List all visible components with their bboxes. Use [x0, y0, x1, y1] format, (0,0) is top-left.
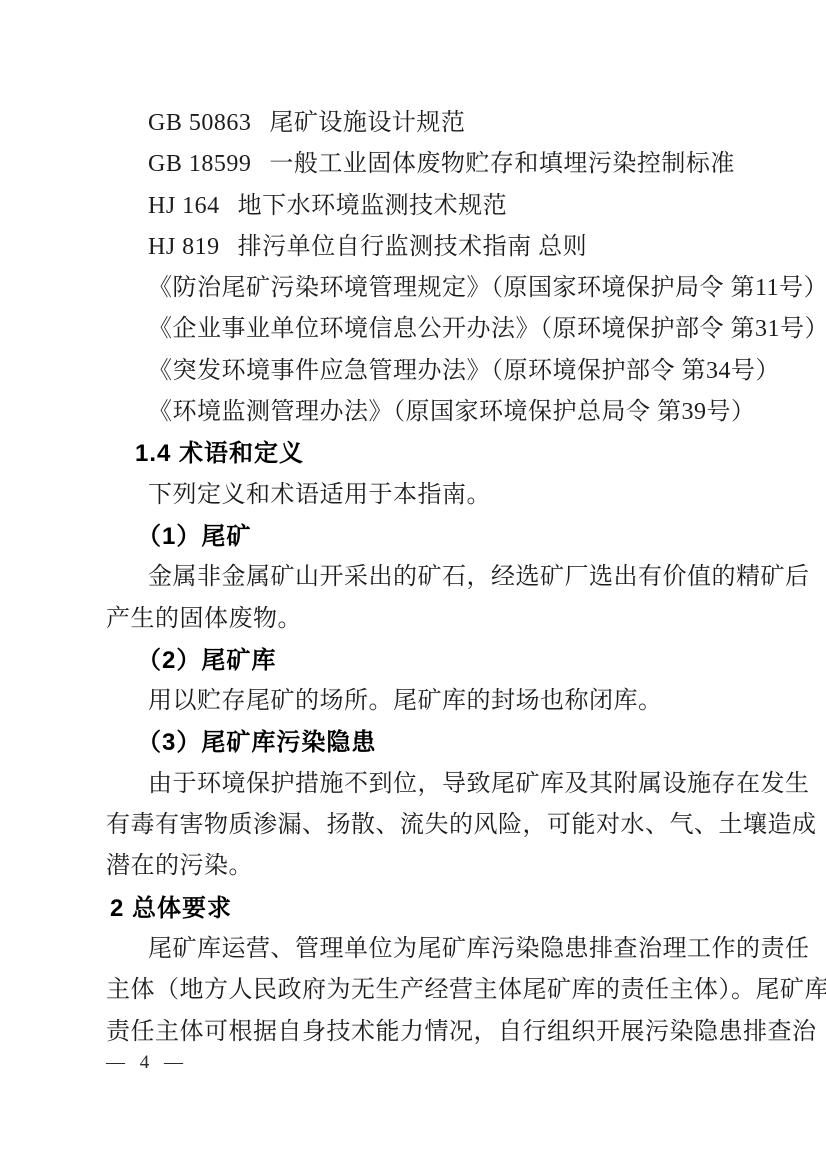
- standard-code: GB 18599: [148, 144, 251, 185]
- standard-code: HJ 164: [148, 186, 220, 227]
- terms-intro-line: 下列定义和术语适用于本指南。: [106, 475, 748, 516]
- reference-regulation-line: 《突发环境事件应急管理办法》（原环境保护部令 第34号）: [106, 351, 748, 392]
- term-heading: （3）尾矿库污染隐患: [106, 722, 748, 763]
- reference-standard-line: GB 50863尾矿设施设计规范: [106, 103, 748, 144]
- body-line: 尾矿库运营、管理单位为尾矿库污染隐患排查治理工作的责任: [106, 929, 748, 970]
- term-definition-line: 产生的固体废物。: [106, 599, 748, 640]
- reference-standard-line: GB 18599一般工业固体废物贮存和填埋污染控制标准: [106, 144, 748, 185]
- page-number: — 4 —: [106, 1052, 183, 1074]
- term-definition-line: 金属非金属矿山开采出的矿石，经选矿厂选出有价值的精矿后: [106, 557, 748, 598]
- standard-title: 排污单位自行监测技术指南 总则: [238, 227, 588, 268]
- section-heading-terms: 1.4 术语和定义: [106, 433, 748, 474]
- term-definition-line: 由于环境保护措施不到位，导致尾矿库及其附属设施存在发生: [106, 764, 748, 805]
- term-definition-line: 用以贮存尾矿的场所。尾矿库的封场也称闭库。: [106, 681, 748, 722]
- term-heading: （1）尾矿: [106, 516, 748, 557]
- reference-standard-line: HJ 164地下水环境监测技术规范: [106, 186, 748, 227]
- term-definition-line: 潜在的污染。: [106, 846, 748, 887]
- standard-title: 地下水环境监测技术规范: [238, 186, 508, 227]
- document-page: GB 50863尾矿设施设计规范 GB 18599一般工业固体废物贮存和填埋污染…: [0, 0, 826, 1169]
- reference-regulation-line: 《防治尾矿污染环境管理规定》（原国家环境保护局令 第11号）: [106, 268, 748, 309]
- term-definition-line: 有毒有害物质渗漏、扬散、流失的风险，可能对水、气、土壤造成: [106, 805, 748, 846]
- standard-code: GB 50863: [148, 103, 251, 144]
- standard-code: HJ 819: [148, 227, 220, 268]
- standard-title: 一般工业固体废物贮存和填埋污染控制标准: [269, 144, 735, 185]
- body-line: 主体（地方人民政府为无生产经营主体尾矿库的责任主体）。尾矿库: [106, 970, 748, 1011]
- document-content: GB 50863尾矿设施设计规范 GB 18599一般工业固体废物贮存和填埋污染…: [0, 0, 826, 1053]
- body-line: 责任主体可根据自身技术能力情况，自行组织开展污染隐患排查治: [106, 1012, 748, 1053]
- reference-standard-line: HJ 819排污单位自行监测技术指南 总则: [106, 227, 748, 268]
- term-heading: （2）尾矿库: [106, 640, 748, 681]
- section-heading-general: 2 总体要求: [106, 888, 748, 929]
- standard-title: 尾矿设施设计规范: [269, 103, 465, 144]
- reference-regulation-line: 《企业事业单位环境信息公开办法》（原环境保护部令 第31号）: [106, 309, 748, 350]
- reference-regulation-line: 《环境监测管理办法》（原国家环境保护总局令 第39号）: [106, 392, 748, 433]
